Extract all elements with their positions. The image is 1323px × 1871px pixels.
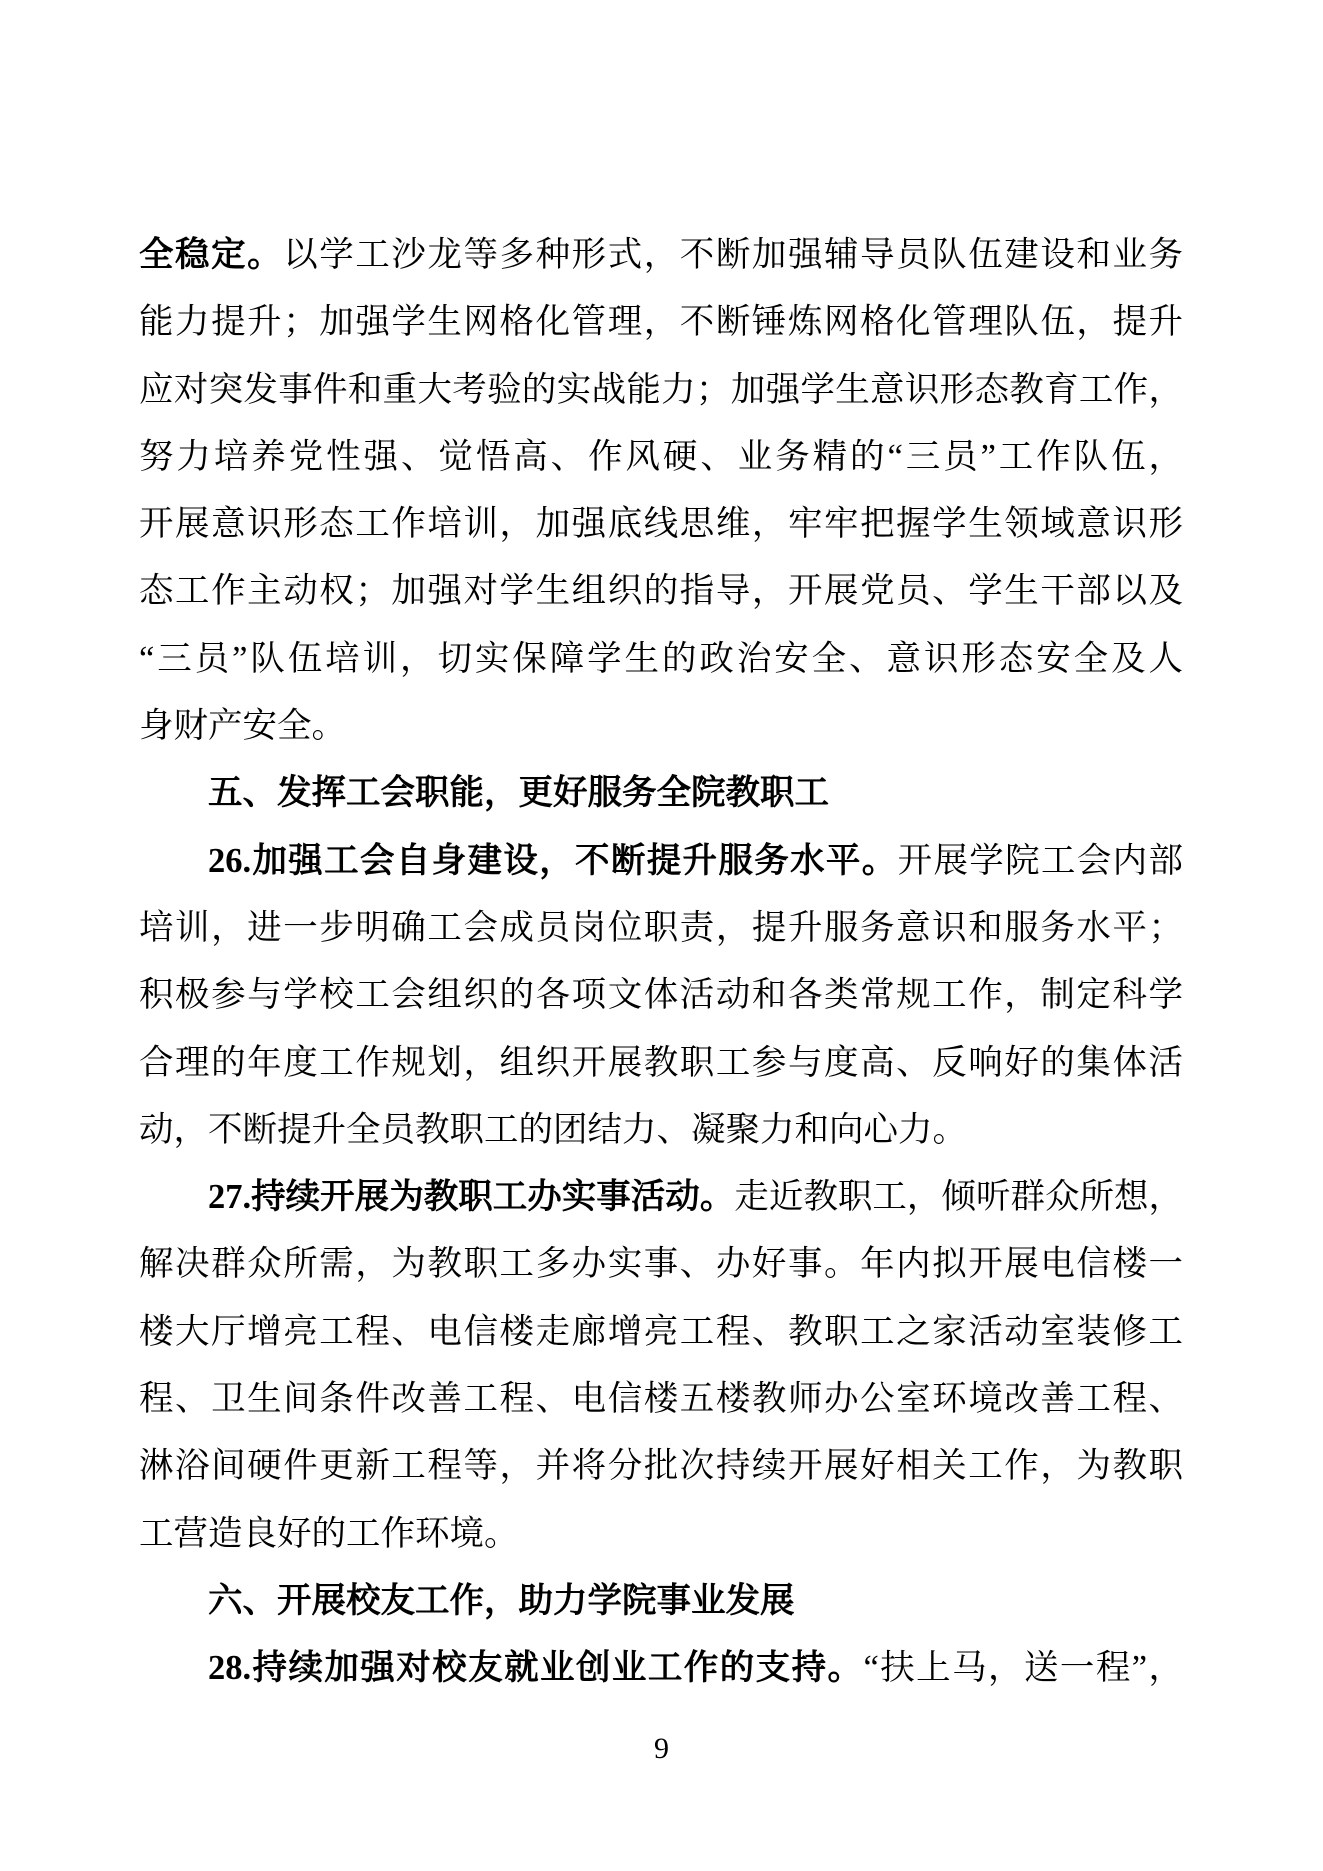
paragraph: 26.加强工会自身建设，不断提升服务水平。开展学院工会内部培训，进一步明确工会成… [139, 828, 1183, 1164]
text-line: 工营造良好的工作环境。 [139, 1501, 1183, 1568]
text-line: 动，不断提升全员教职工的团结力、凝聚力和向心力。 [139, 1097, 1183, 1164]
text-segment: 应对突发事件和重大考验的实战能力；加强学生意识形态教育工作， [139, 371, 1183, 409]
bold-text-segment: 五、发挥工会职能，更好服务全院教职工 [208, 774, 829, 812]
text-line: 28.持续加强对校友就业创业工作的支持。“扶上马，送一程”， [139, 1635, 1183, 1702]
page-background: 全稳定。以学工沙龙等多种形式，不断加强辅导员队伍建设和业务能力提升；加强学生网格… [0, 0, 1323, 1871]
text-segment: 积极参与学校工会组织的各项文体活动和各类常规工作，制定科学 [139, 976, 1183, 1014]
text-line: 态工作主动权；加强对学生组织的指导，开展党员、学生干部以及 [139, 558, 1183, 625]
text-segment: 楼大厅增亮工程、电信楼走廊增亮工程、教职工之家活动室装修工 [139, 1313, 1183, 1351]
document-body: 全稳定。以学工沙龙等多种形式，不断加强辅导员队伍建设和业务能力提升；加强学生网格… [139, 222, 1183, 1703]
document-page: { "page": { "background": "#ffffff", "te… [0, 0, 1323, 1871]
text-segment: 能力提升；加强学生网格化管理，不断锤炼网格化管理队伍，提升 [139, 303, 1183, 341]
text-line: 努力培养党性强、觉悟高、作风硬、业务精的“三员”工作队伍， [139, 424, 1183, 491]
text-line: “三员”队伍培训，切实保障学生的政治安全、意识形态安全及人 [139, 626, 1183, 693]
text-line: 五、发挥工会职能，更好服务全院教职工 [139, 760, 1183, 827]
text-segment: 态工作主动权；加强对学生组织的指导，开展党员、学生干部以及 [139, 572, 1183, 610]
text-line: 身财产安全。 [139, 693, 1183, 760]
paragraph: 27.持续开展为教职工办实事活动。走近教职工，倾听群众所想，解决群众所需，为教职… [139, 1164, 1183, 1568]
text-segment: 解决群众所需，为教职工多办实事、办好事。年内拟开展电信楼一 [139, 1245, 1183, 1283]
text-line: 积极参与学校工会组织的各项文体活动和各类常规工作，制定科学 [139, 962, 1183, 1029]
text-segment: 工营造良好的工作环境。 [139, 1515, 519, 1553]
bold-text-segment: 六、开展校友工作，助力学院事业发展 [208, 1582, 795, 1620]
bold-text-segment: 27.持续开展为教职工办实事活动。 [208, 1178, 734, 1216]
bold-text-segment: 28.持续加强对校友就业创业工作的支持。 [208, 1649, 863, 1687]
text-line: 全稳定。以学工沙龙等多种形式，不断加强辅导员队伍建设和业务 [139, 222, 1183, 289]
text-line: 应对突发事件和重大考验的实战能力；加强学生意识形态教育工作， [139, 357, 1183, 424]
bold-text-segment: 26.加强工会自身建设，不断提升服务水平。 [208, 842, 898, 880]
text-line: 培训，进一步明确工会成员岗位职责，提升服务意识和服务水平； [139, 895, 1183, 962]
section-heading: 五、发挥工会职能，更好服务全院教职工 [139, 760, 1183, 827]
text-line: 淋浴间硬件更新工程等，并将分批次持续开展好相关工作，为教职 [139, 1433, 1183, 1500]
text-segment: 动，不断提升全员教职工的团结力、凝聚力和向心力。 [139, 1111, 967, 1149]
text-segment: 程、卫生间条件改善工程、电信楼五楼教师办公室环境改善工程、 [139, 1380, 1183, 1418]
text-line: 六、开展校友工作，助力学院事业发展 [139, 1568, 1183, 1635]
text-segment: 淋浴间硬件更新工程等，并将分批次持续开展好相关工作，为教职 [139, 1447, 1183, 1485]
text-segment: 身财产安全。 [139, 707, 346, 745]
text-line: 程、卫生间条件改善工程、电信楼五楼教师办公室环境改善工程、 [139, 1366, 1183, 1433]
section-heading: 六、开展校友工作，助力学院事业发展 [139, 1568, 1183, 1635]
text-segment: 培训，进一步明确工会成员岗位职责，提升服务意识和服务水平； [139, 909, 1183, 947]
text-line: 26.加强工会自身建设，不断提升服务水平。开展学院工会内部 [139, 828, 1183, 895]
paragraph: 28.持续加强对校友就业创业工作的支持。“扶上马，送一程”， [139, 1635, 1183, 1702]
text-segment: 努力培养党性强、觉悟高、作风硬、业务精的“三员”工作队伍， [139, 438, 1183, 476]
text-line: 解决群众所需，为教职工多办实事、办好事。年内拟开展电信楼一 [139, 1231, 1183, 1298]
text-segment: 以学工沙龙等多种形式，不断加强辅导员队伍建设和业务 [283, 236, 1183, 274]
text-segment: “三员”队伍培训，切实保障学生的政治安全、意识形态安全及人 [139, 640, 1183, 678]
paragraph: 全稳定。以学工沙龙等多种形式，不断加强辅导员队伍建设和业务能力提升；加强学生网格… [139, 222, 1183, 760]
text-line: 合理的年度工作规划，组织开展教职工参与度高、反响好的集体活 [139, 1030, 1183, 1097]
text-line: 开展意识形态工作培训，加强底线思维，牢牢把握学生领域意识形 [139, 491, 1183, 558]
text-segment: 合理的年度工作规划，组织开展教职工参与度高、反响好的集体活 [139, 1044, 1183, 1082]
text-segment: 开展学院工会内部 [898, 842, 1183, 880]
text-segment: 开展意识形态工作培训，加强底线思维，牢牢把握学生领域意识形 [139, 505, 1183, 543]
text-line: 楼大厅增亮工程、电信楼走廊增亮工程、教职工之家活动室装修工 [139, 1299, 1183, 1366]
text-line: 27.持续开展为教职工办实事活动。走近教职工，倾听群众所想， [139, 1164, 1183, 1231]
page-number: 9 [0, 1730, 1323, 1768]
text-line: 能力提升；加强学生网格化管理，不断锤炼网格化管理队伍，提升 [139, 289, 1183, 356]
text-segment: 走近教职工，倾听群众所想， [734, 1178, 1183, 1216]
text-segment: “扶上马，送一程”， [863, 1649, 1183, 1687]
bold-text-segment: 全稳定。 [139, 236, 283, 274]
